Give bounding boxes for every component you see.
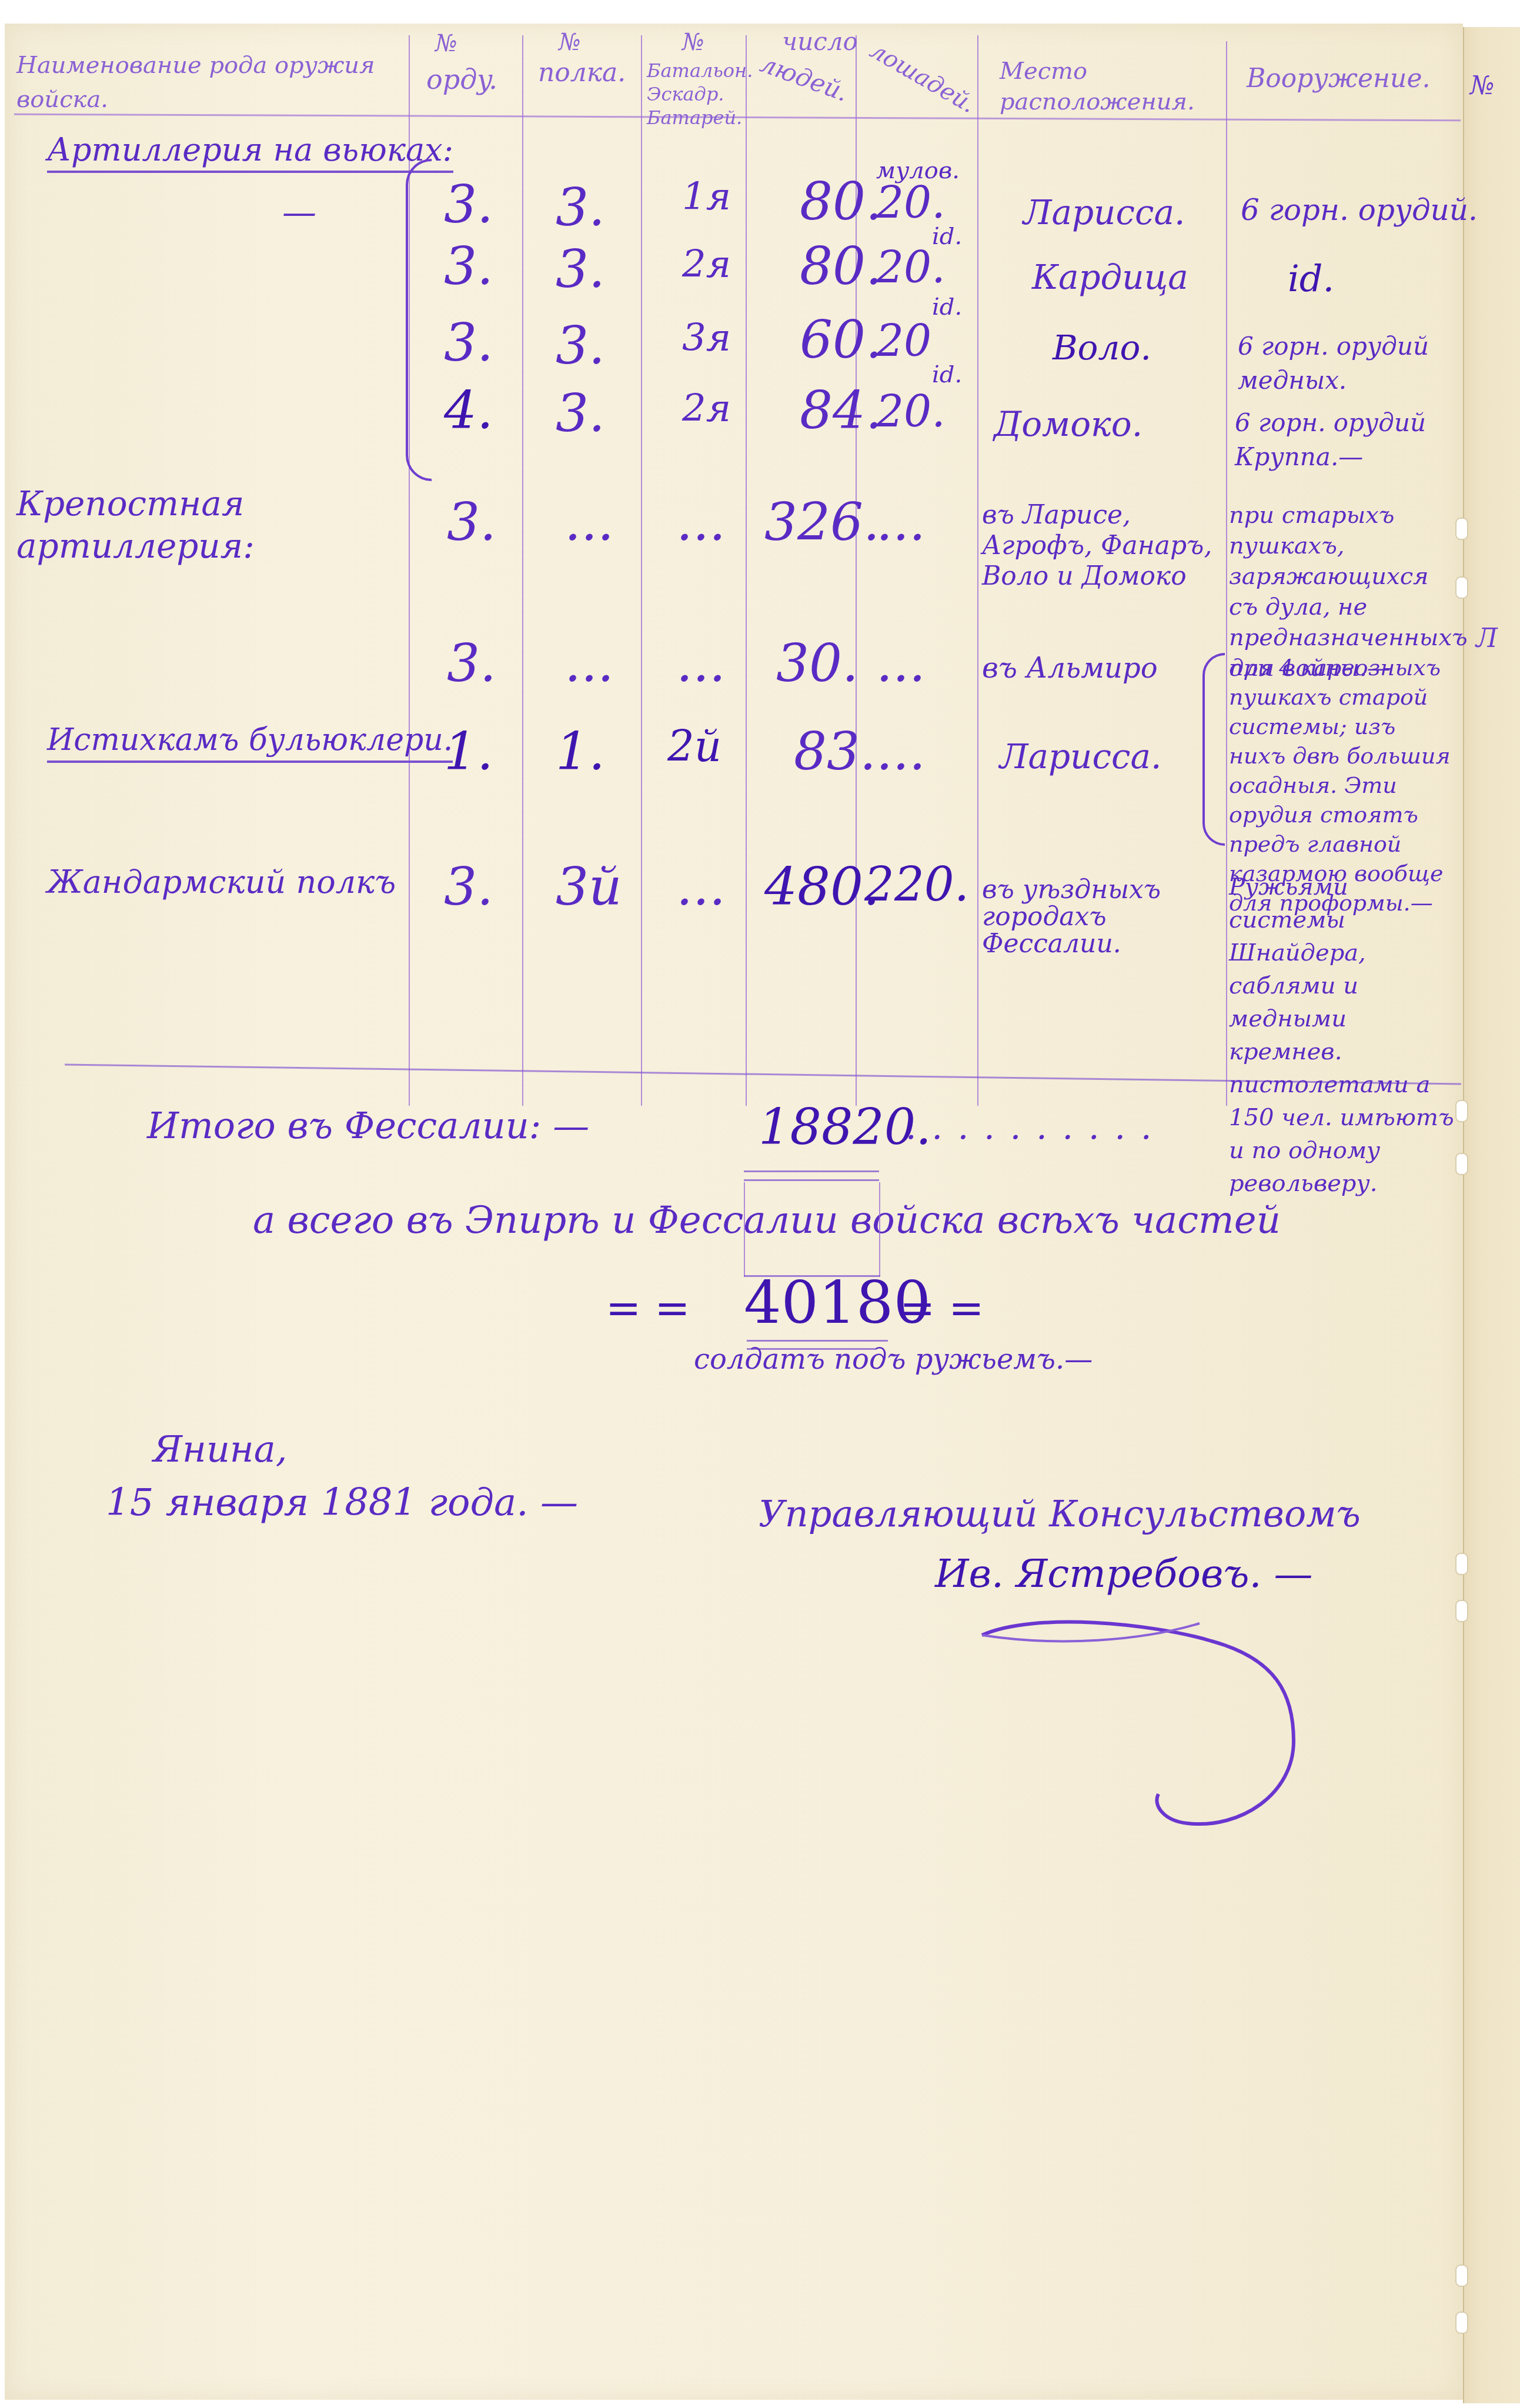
header-col-location: Место расположения. (1000, 56, 1205, 117)
cell-battalion: 3я (682, 318, 731, 359)
cell-location: Домоко. (994, 406, 1142, 443)
cell-people: 326. (764, 494, 880, 551)
cell-battalion: 2й (667, 723, 721, 770)
cell-battalion: ... (676, 859, 726, 916)
cell-people: 60. (800, 312, 882, 369)
cell-regiment: 3. (556, 318, 605, 375)
cell-order: 3. (444, 176, 493, 234)
header-col-name: Наименование рода оружия войска. (16, 48, 393, 116)
thessaly-total-label: Итого въ Фессалии: — (147, 1106, 589, 1146)
cell-battalion: ... (676, 494, 726, 551)
header-col-battalion-top: № (682, 29, 704, 55)
grand-total-unit: солдатъ подъ ружьемъ.— (694, 1344, 1093, 1375)
cell-horses: ... (876, 494, 926, 551)
cell-regiment: 3. (556, 179, 605, 236)
cell-armament: 6 горн. орудий медных. (1238, 329, 1449, 398)
cell-location: Кардица (1032, 259, 1188, 296)
cell-order: 3. (444, 238, 493, 295)
total-box-rule (879, 1182, 880, 1276)
cell-location: Воло. (1053, 329, 1151, 367)
row-group-brace (406, 159, 432, 481)
cell-battalion: 2я (682, 244, 731, 285)
cell-horses: ... (876, 723, 926, 781)
date: 15 января 1881 года. — (106, 1482, 578, 1523)
binding-hole (1455, 1600, 1468, 1622)
cell-location: въ Альмиро (982, 653, 1158, 684)
cell-horses-note: id. (932, 294, 962, 320)
cell-regiment: ... (564, 635, 614, 692)
column-rule (977, 35, 978, 1106)
cell-people: 480. (764, 859, 880, 916)
cell-armament: Ружьями системы Шнайдера, саблями и медн… (1229, 871, 1458, 1200)
binding-hole (1455, 1153, 1468, 1175)
cell-battalion: 1я (682, 176, 731, 218)
cell-horses: 20 (876, 318, 931, 365)
cell-horses: 20. (876, 179, 946, 227)
adjacent-page-edge (1463, 27, 1520, 2403)
column-rule (746, 35, 747, 1106)
cell-people: 80. (800, 238, 882, 295)
row-name: Жандармский полкъ (47, 865, 396, 899)
signature: Ив. Ястребовъ. — (935, 1553, 1312, 1596)
grand-total-prefix: = = (606, 1285, 690, 1332)
cell-regiment: ... (564, 494, 614, 551)
cell-armament: 6 горн. орудий. (1241, 194, 1478, 226)
cell-people: 30. (776, 635, 858, 692)
binding-hole (1455, 1100, 1468, 1122)
signer-title: Управляющий Консульствомъ (759, 1494, 1361, 1534)
grand-total-underline (747, 1340, 888, 1342)
header-col-order-top: № (435, 31, 457, 56)
cell-regiment: 3. (556, 241, 605, 298)
cell-horses: ... (876, 635, 926, 692)
cell-location: въ Ларисе, Агрофъ, Фанаръ, Воло и Домоко (982, 500, 1223, 592)
cell-horses: 20. (876, 244, 946, 292)
column-rule (1463, 27, 1464, 2403)
cell-armament: 6 горн. орудий Круппа.— (1235, 406, 1446, 474)
cell-people: 84. (800, 382, 882, 439)
header-col-battalion: Батальон. Эскадр. Батарей. (647, 59, 747, 129)
cell-people: 83. (794, 723, 876, 781)
header-col-regiment: полка. (538, 59, 626, 87)
cell-regiment: 3й (556, 859, 622, 916)
thessaly-dot-leader: .......... (906, 1109, 1167, 1146)
cell-battalion: 2я (682, 388, 731, 429)
adjacent-page-fragment: Л (1476, 623, 1498, 653)
total-double-rule (744, 1170, 879, 1172)
armament-brace (1202, 653, 1225, 846)
binding-hole (1455, 2264, 1468, 2287)
cell-horses: 220. (864, 859, 969, 910)
binding-hole (1455, 1553, 1468, 1575)
adjacent-page-fragment: № (1470, 71, 1495, 101)
header-col-regiment-top: № (559, 29, 581, 55)
header-col-order: ордy. (426, 65, 497, 95)
cell-horses: 20. (876, 388, 946, 436)
cell-order: 3. (447, 635, 496, 692)
header-col-armament: Вооружение. (1247, 65, 1430, 93)
cell-battalion: ... (676, 635, 726, 692)
header-group-count: число (782, 28, 858, 55)
row-name: Артиллерия на вьюках: (47, 132, 453, 173)
cell-order: 3. (444, 315, 493, 372)
binding-hole (1455, 2312, 1468, 2334)
cell-order: 3. (447, 494, 496, 551)
row-name: Истихкамъ бульюклери. (47, 723, 453, 763)
cell-people: 80. (800, 174, 882, 231)
cell-order: 3. (444, 859, 493, 916)
total-box-rule (744, 1182, 745, 1276)
cell-regiment: 1. (556, 723, 605, 781)
column-rule (641, 35, 642, 1106)
place: Янина, (153, 1429, 287, 1469)
binding-hole (1455, 576, 1468, 599)
cell-horses-note: id. (932, 362, 962, 388)
binding-hole (1455, 518, 1468, 540)
cell-armament: id. (1288, 259, 1334, 299)
dash-mark: — (282, 194, 316, 232)
column-rule (522, 35, 523, 1106)
cell-regiment: 3. (556, 385, 605, 442)
row-name: Крепостная артиллерия: (16, 482, 393, 567)
cell-location: въ уѣздныхъ городахъ Фессалии. (982, 876, 1229, 958)
cell-location: Ларисса. (1023, 194, 1185, 232)
cell-order: 4. (444, 382, 493, 439)
cell-location: Ларисса. (1000, 738, 1161, 776)
grand-total-suffix: = = (900, 1285, 984, 1332)
total-double-rule (744, 1179, 879, 1181)
grand-total-label: а всего въ Эпирѣ и Фессалии войска всѣхъ… (253, 1200, 1281, 1241)
cell-order: 1. (444, 723, 493, 781)
signature-flourish (964, 1600, 1376, 1847)
